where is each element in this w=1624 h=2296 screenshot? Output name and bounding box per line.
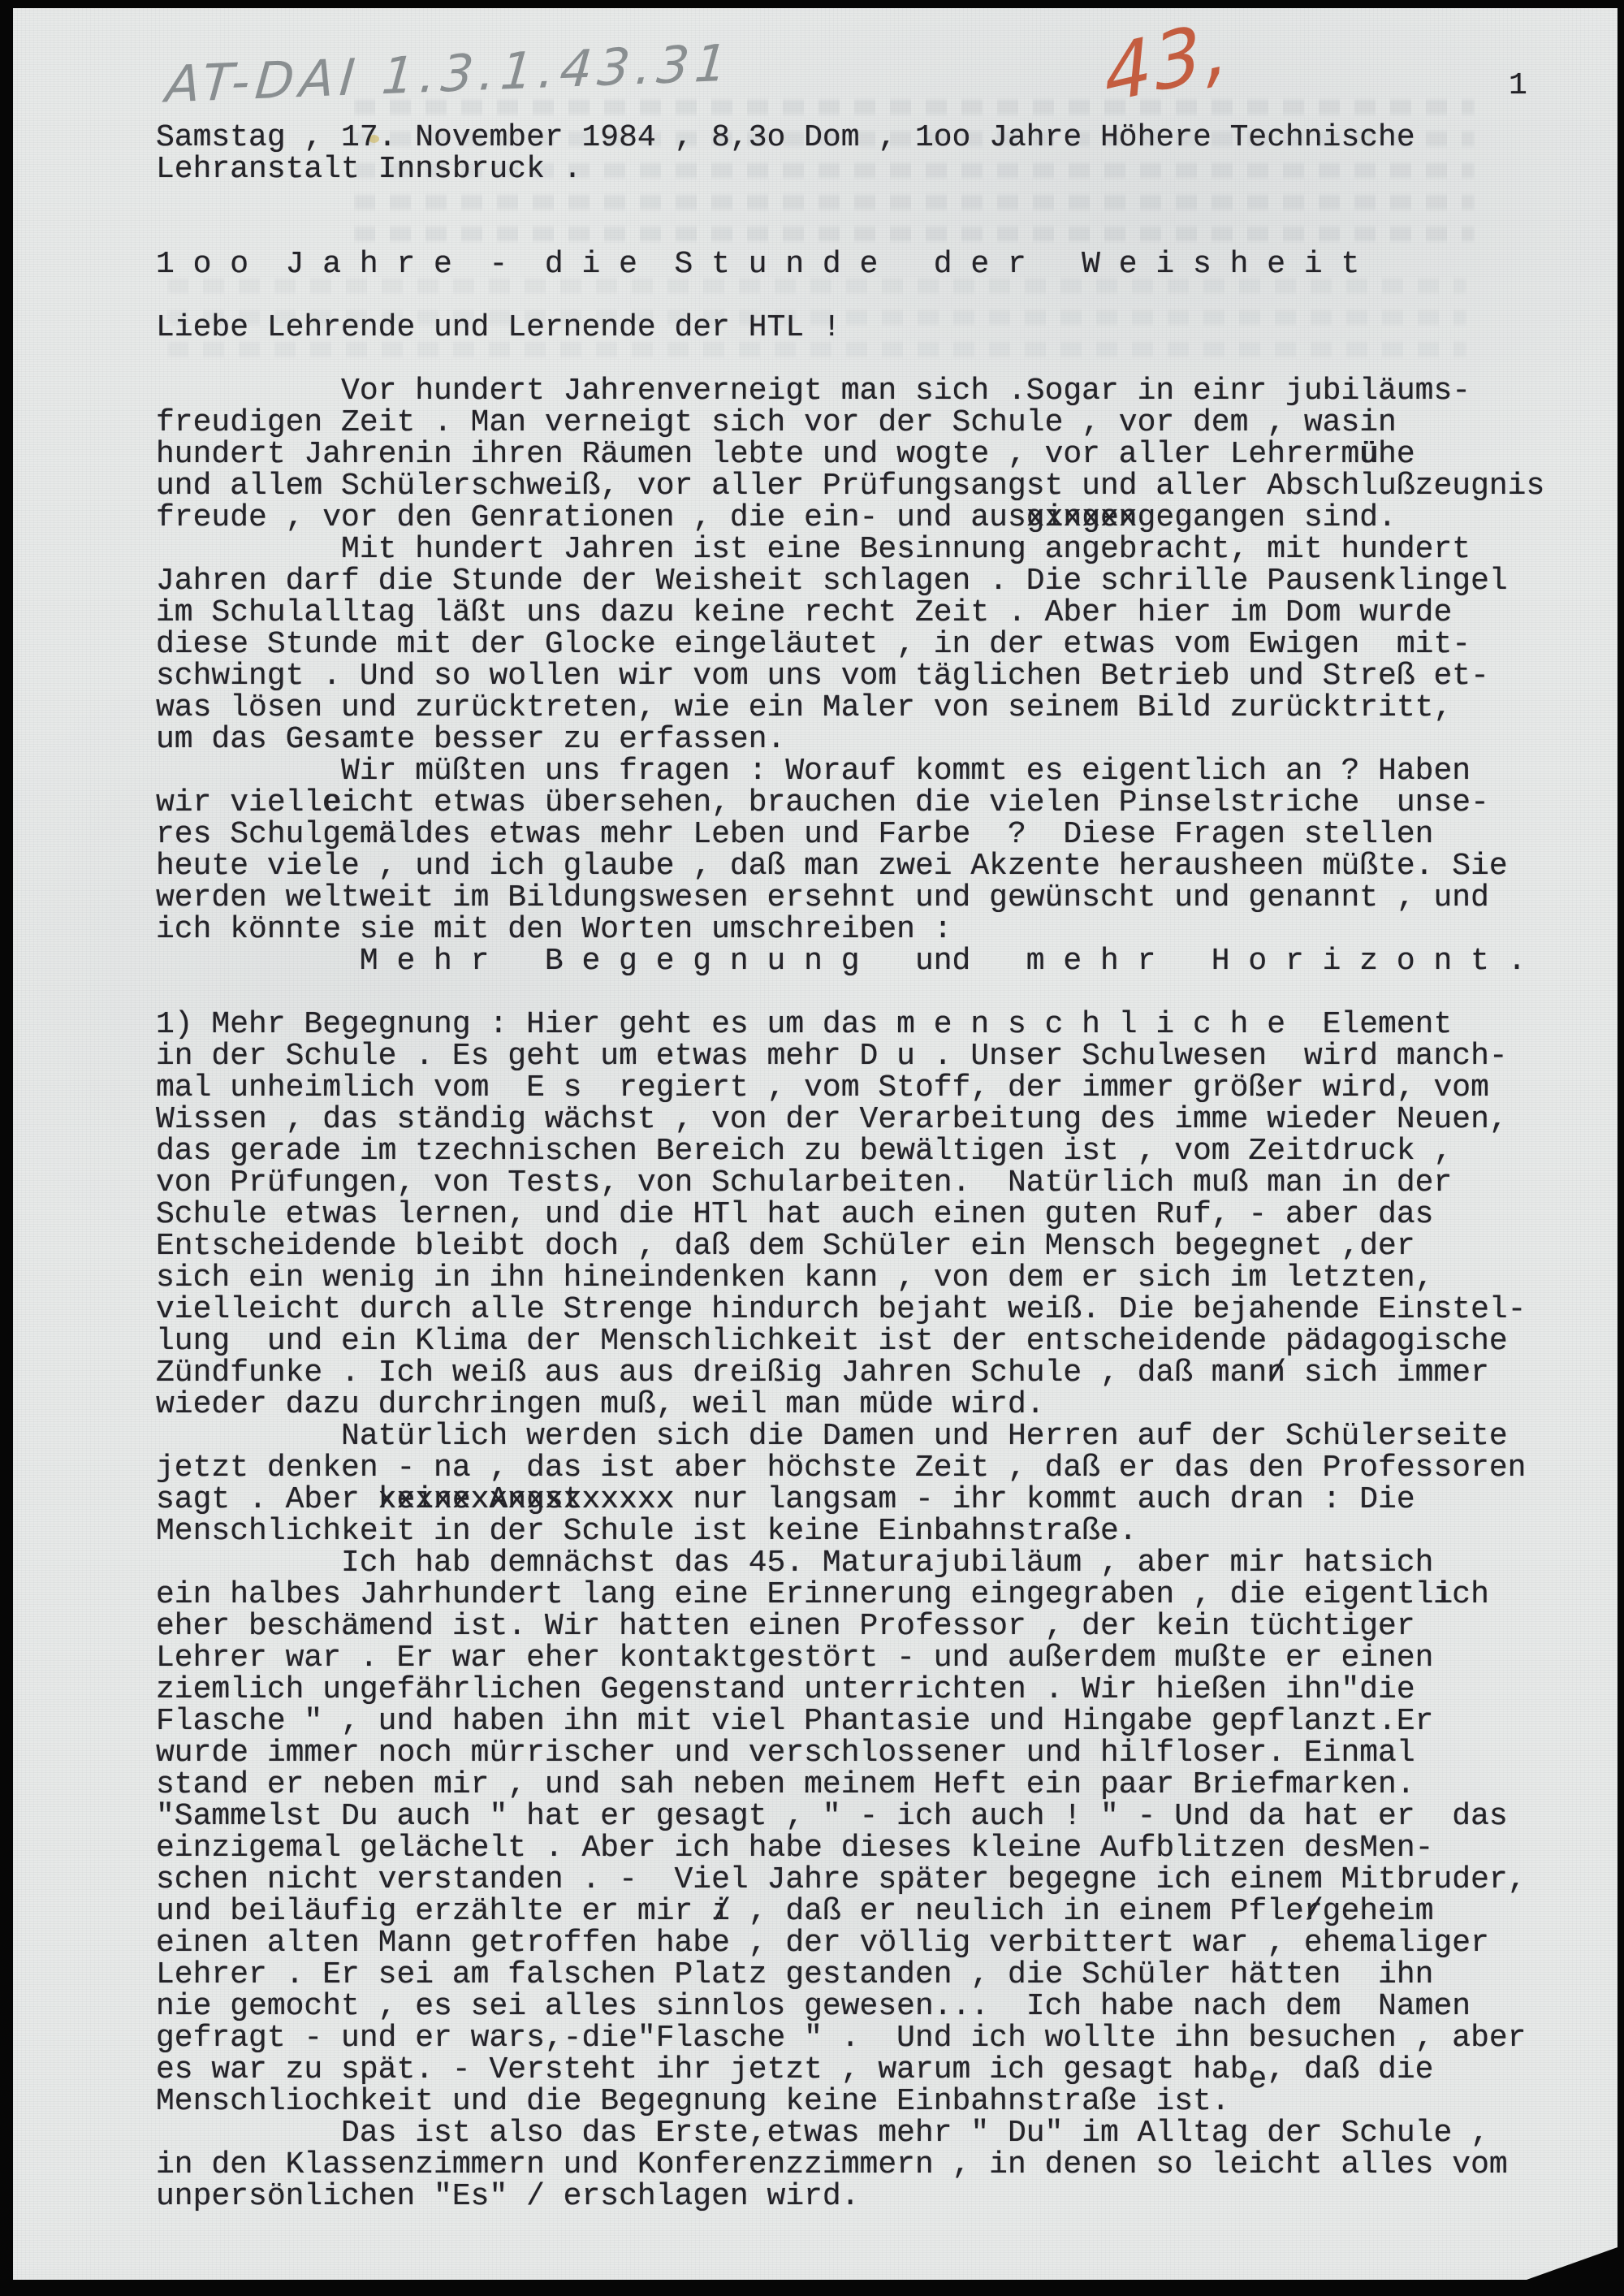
text-segment: einzigemal gelächelt . Aber ich habe die… <box>156 1831 1433 1866</box>
text-segment: und allem Schülerschweiß, vor aller Prüf… <box>156 469 1544 504</box>
text-segment: Vor hundert Jahrenverneigt man sich .Sog… <box>156 374 1471 409</box>
overstruck-character: i <box>1433 1577 1452 1612</box>
crayon-folio-number: 43, <box>1100 3 1233 121</box>
text-segment: Wir müßten uns fragen : Worauf kommt es … <box>156 754 1471 789</box>
text-line: im Schulalltag läßt uns dazu keine recht… <box>156 597 1544 629</box>
text-line: von Prüfungen, von Tests, von Schularbei… <box>156 1167 1544 1199</box>
text-line: 1 o o J a h r e - d i e S t u n d e d e … <box>156 249 1544 280</box>
text-line: freude , vor den Genrationen , die ein- … <box>156 502 1544 534</box>
text-line: gefragt - und er wars,-die"Flasche " . U… <box>156 2022 1544 2054</box>
text-segment: mal unheimlich vom E s regiert , vom Sto… <box>156 1070 1489 1105</box>
text-segment: wurde immer noch mürrischer und verschlo… <box>156 1736 1415 1771</box>
text-segment: Wissen , das ständig wächst , von der Ve… <box>156 1102 1508 1137</box>
text-line: vielleicht durch alle Strenge hindurch b… <box>156 1294 1544 1325</box>
text-line <box>156 185 1544 217</box>
text-line: Mit hundert Jahren ist eine Besinnung an… <box>156 534 1544 565</box>
text-line: Lehranstalt Innsbruck . <box>156 153 1544 185</box>
text-segment: schwingt . Und so wollen wir vom uns vom… <box>156 659 1489 694</box>
text-segment: Jahren darf die Stunde der Weisheit schl… <box>156 564 1508 599</box>
text-segment: ich könnte sie mit den Worten umschreibe… <box>156 912 952 947</box>
text-segment: "Sammelst Du auch " hat er gesagt , " - … <box>156 1799 1508 1834</box>
text-segment: jetzt denken - na , das ist aber höchste… <box>156 1451 1526 1485</box>
slashed-character: r <box>1304 1896 1323 1927</box>
text-segment: Natürlich werden sich die Damen und Herr… <box>156 1419 1508 1454</box>
text-line: eher beschämend ist. Wir hatten einen Pr… <box>156 1611 1544 1642</box>
text-segment: Menschlichkeit in der Schule ist keine E… <box>156 1514 1138 1549</box>
text-line: jetzt denken - na , das ist aber höchste… <box>156 1452 1544 1484</box>
text-segment: das gerade im tzechnischen Bereich zu be… <box>156 1134 1452 1169</box>
text-line: nie gemocht , es sei alles sinnlos gewes… <box>156 1991 1544 2022</box>
text-segment: rste,etwas mehr " Du" im Alltag der Schu… <box>675 2116 1489 2151</box>
text-line: Menschliochkeit und die Begegnung keine … <box>156 2086 1544 2117</box>
text-segment: gegangen sind. <box>1138 500 1397 535</box>
scanned-document-viewport: AT-DAI 1.3.1.43.31 43, 1 Samstag , 17. N… <box>0 0 1624 2296</box>
text-line: Lehrer war . Er war eher kontaktgestört … <box>156 1642 1544 1674</box>
text-segment: Zündfunke . Ich weiß aus aus dreißig Jah… <box>156 1356 1267 1390</box>
text-segment: Entscheidende bleibt doch , daß dem Schü… <box>156 1229 1415 1264</box>
pencil-archive-reference: AT-DAI 1.3.1.43.31 <box>163 32 735 114</box>
text-segment: nur langsam - ihr kommt auch dran : Die <box>675 1482 1415 1517</box>
text-line: Flasche " , und haben ihn mit viel Phant… <box>156 1706 1544 1737</box>
text-line: ziemlich ungefährlichen Gegenstand unter… <box>156 1674 1544 1706</box>
text-line: 1) Mehr Begegnung : Hier geht es um das … <box>156 1009 1544 1040</box>
text-segment: in den Klassenzimmern und Konferenzzimme… <box>156 2147 1508 2182</box>
overstruck-character: e <box>322 785 341 820</box>
text-segment: vielleicht durch alle Strenge hindurch b… <box>156 1292 1526 1327</box>
text-segment: im Schulalltag läßt uns dazu keine recht… <box>156 595 1452 630</box>
text-line: unpersönlichen "Es" / erschlagen wird. <box>156 2181 1544 2212</box>
text-line: stand er neben mir , und sah neben meine… <box>156 1769 1544 1801</box>
text-segment: Liebe Lehrende und Lernende der HTL ! <box>156 310 841 345</box>
text-segment: nie gemocht , es sei alles sinnlos gewes… <box>156 1989 1471 2024</box>
text-line: wurde immer noch mürrischer und verschlo… <box>156 1737 1544 1769</box>
overtyped-deletion: gingen <box>1026 502 1138 534</box>
text-line: in der Schule . Es geht um etwas mehr D … <box>156 1040 1544 1072</box>
text-line: mal unheimlich vom E s regiert , vom Sto… <box>156 1072 1544 1104</box>
text-segment: , daß er neulich in einem Pfle <box>730 1894 1304 1929</box>
text-line: einzigemal gelächelt . Aber ich habe die… <box>156 1832 1544 1864</box>
text-segment: Lehrer . Er sei am falschen Platz gestan… <box>156 1957 1433 1992</box>
text-line: M e h r B e g e g n u n g und m e h r H … <box>156 945 1544 977</box>
text-segment: diese Stunde mit der Glocke eingeläutet … <box>156 627 1471 662</box>
text-line: Das ist also das Erste,etwas mehr " Du" … <box>156 2117 1544 2149</box>
text-segment: 1) Mehr Begegnung : Hier geht es um das … <box>156 1007 1452 1042</box>
text-segment: Schule etwas lernen, und die HTl hat auc… <box>156 1197 1433 1232</box>
text-segment: heute viele , und ich glaube , daß man z… <box>156 849 1508 884</box>
text-line: heute viele , und ich glaube , daß man z… <box>156 850 1544 882</box>
lowered-character: e <box>1248 2064 1267 2095</box>
text-segment: schen nicht verstanden . - Viel Jahre sp… <box>156 1862 1526 1897</box>
overstruck-character: ü <box>1359 437 1378 472</box>
text-segment: Menschliochkeit und die Begegnung keine … <box>156 2084 1230 2119</box>
text-segment: Das ist also das <box>156 2116 656 2151</box>
text-segment: und beiläufig erzählte er mir <box>156 1894 711 1929</box>
text-line: wir vielleicht etwas übersehen, brauchen… <box>156 787 1544 819</box>
text-line: Wissen , das ständig wächst , von der Ve… <box>156 1104 1544 1135</box>
text-segment: , daß die <box>1267 2052 1433 2087</box>
text-line: ich könnte sie mit den Worten umschreibe… <box>156 914 1544 945</box>
text-segment: in der Schule . Es geht um etwas mehr D … <box>156 1039 1508 1074</box>
text-segment: Lehrer war . Er war eher kontaktgestört … <box>156 1641 1433 1676</box>
text-line: einen alten Mann getroffen habe , der vö… <box>156 1927 1544 1959</box>
text-segment: gefragt - und er wars,-die"Flasche " . U… <box>156 2021 1526 2056</box>
text-line: Menschlichkeit in der Schule ist keine E… <box>156 1516 1544 1547</box>
text-line: Jahren darf die Stunde der Weisheit schl… <box>156 565 1544 597</box>
text-line: Liebe Lehrende und Lernende der HTL ! <box>156 312 1544 344</box>
text-segment: unpersönlichen "Es" / erschlagen wird. <box>156 2179 860 2214</box>
text-line: Lehrer . Er sei am falschen Platz gestan… <box>156 1959 1544 1991</box>
text-segment: was lösen und zurücktreten, wie ein Male… <box>156 690 1452 725</box>
text-line: ein halbes Jahrhundert lang eine Erinner… <box>156 1579 1544 1611</box>
text-line: Schule etwas lernen, und die HTl hat auc… <box>156 1199 1544 1230</box>
text-segment: wieder dazu durchringen muß, weil man mü… <box>156 1387 1045 1422</box>
text-line: was lösen und zurücktreten, wie ein Male… <box>156 692 1544 724</box>
text-line: Entscheidende bleibt doch , daß dem Schü… <box>156 1230 1544 1262</box>
text-line: schwingt . Und so wollen wir vom uns vom… <box>156 660 1544 692</box>
overtyped-deletion: keinexAngstxxxxx <box>378 1484 675 1516</box>
text-line: res Schulgemäldes etwas mehr Leben und F… <box>156 819 1544 850</box>
text-segment: von Prüfungen, von Tests, von Schularbei… <box>156 1165 1452 1200</box>
typed-page-number: 1 <box>1509 68 1527 103</box>
text-line: und allem Schülerschweiß, vor aller Prüf… <box>156 470 1544 502</box>
text-line: das gerade im tzechnischen Bereich zu be… <box>156 1135 1544 1167</box>
text-segment: eher beschämend ist. Wir hatten einen Pr… <box>156 1609 1415 1644</box>
text-line <box>156 217 1544 249</box>
text-segment: 1 o o J a h r e - d i e S t u n d e d e … <box>156 247 1359 282</box>
text-line: sagt . Aber keinexAngstxxxxx nur langsam… <box>156 1484 1544 1516</box>
text-line: lung und ein Klima der Menschlichkeit is… <box>156 1325 1544 1357</box>
text-line: schen nicht verstanden . - Viel Jahre sp… <box>156 1864 1544 1896</box>
text-line: Zündfunke . Ich weiß aus aus dreißig Jah… <box>156 1357 1544 1389</box>
text-line <box>156 280 1544 312</box>
text-line: es war zu spät. - Versteht ihr jetzt , w… <box>156 2054 1544 2086</box>
text-line: sich ein wenig in ihn hineindenken kann … <box>156 1262 1544 1294</box>
text-line: Ich hab demnächst das 45. Maturajubiläum… <box>156 1547 1544 1579</box>
text-line: hundert Jahrenin ihren Räumen lebte und … <box>156 439 1544 470</box>
text-segment: um das Gesamte besser zu erfassen. <box>156 722 785 757</box>
text-line: Samstag , 17. November 1984 , 8,3o Dom ,… <box>156 122 1544 153</box>
text-segment: ein halbes Jahrhundert lang eine Erinner… <box>156 1577 1433 1612</box>
text-segment: M e h r B e g e g n u n g und m e h r H … <box>156 944 1526 979</box>
text-segment: freude , vor den Genrationen , die ein- … <box>156 500 1026 535</box>
slashed-character: n <box>1267 1357 1285 1389</box>
typescript-page: AT-DAI 1.3.1.43.31 43, 1 Samstag , 17. N… <box>13 8 1618 2280</box>
text-segment: he <box>1378 437 1415 472</box>
text-line: Vor hundert Jahrenverneigt man sich .Sog… <box>156 375 1544 407</box>
text-segment: Lehranstalt Innsbruck . <box>156 152 582 187</box>
text-segment: einen alten Mann getroffen habe , der vö… <box>156 1926 1489 1961</box>
text-segment: ziemlich ungefährlichen Gegenstand unter… <box>156 1672 1415 1707</box>
text-segment: sagt . Aber <box>156 1482 378 1517</box>
text-line <box>156 344 1544 375</box>
text-segment: sich ein wenig in ihn hineindenken kann … <box>156 1260 1433 1295</box>
text-segment: geheim <box>1323 1894 1434 1929</box>
text-segment: res Schulgemäldes etwas mehr Leben und F… <box>156 817 1433 852</box>
text-line: Wir müßten uns fragen : Worauf kommt es … <box>156 755 1544 787</box>
text-line: werden weltweit im Bildungswesen ersehnt… <box>156 882 1544 914</box>
text-line: freudigen Zeit . Man verneigt sich vor d… <box>156 407 1544 439</box>
text-line: und beiläufig erzählte er mir i , daß er… <box>156 1896 1544 1927</box>
text-line <box>156 977 1544 1009</box>
text-line: in den Klassenzimmern und Konferenzzimme… <box>156 2149 1544 2181</box>
text-segment: lung und ein Klima der Menschlichkeit is… <box>156 1324 1508 1359</box>
text-segment: hundert Jahrenin ihren Räumen lebte und … <box>156 437 1359 472</box>
text-segment: Ich hab demnächst das 45. Maturajubiläum… <box>156 1546 1433 1580</box>
text-line: Natürlich werden sich die Damen und Herr… <box>156 1420 1544 1452</box>
slashed-character: i <box>711 1896 730 1927</box>
text-segment: ch <box>1452 1577 1489 1612</box>
text-segment: stand er neben mir , und sah neben meine… <box>156 1767 1415 1802</box>
text-segment: Mit hundert Jahren ist eine Besinnung an… <box>156 532 1471 567</box>
text-segment: icht etwas übersehen, brauchen die viele… <box>341 785 1489 820</box>
text-line: "Sammelst Du auch " hat er gesagt , " - … <box>156 1801 1544 1832</box>
text-segment: wir viell <box>156 785 322 820</box>
text-segment: Flasche " , und haben ihn mit viel Phant… <box>156 1704 1433 1739</box>
text-line: diese Stunde mit der Glocke eingeläutet … <box>156 629 1544 660</box>
text-segment: freudigen Zeit . Man verneigt sich vor d… <box>156 405 1397 440</box>
typescript-body: Samstag , 17. November 1984 , 8,3o Dom ,… <box>156 122 1544 2212</box>
text-segment: werden weltweit im Bildungswesen ersehnt… <box>156 880 1489 915</box>
text-line: wieder dazu durchringen muß, weil man mü… <box>156 1389 1544 1420</box>
text-segment: Samstag , 17. November 1984 , 8,3o Dom ,… <box>156 120 1415 155</box>
overstruck-character: E <box>656 2116 675 2151</box>
text-segment: sich immer <box>1285 1356 1489 1390</box>
text-line: um das Gesamte besser zu erfassen. <box>156 724 1544 755</box>
text-segment: es war zu spät. - Versteht ihr jetzt , w… <box>156 2052 1248 2087</box>
